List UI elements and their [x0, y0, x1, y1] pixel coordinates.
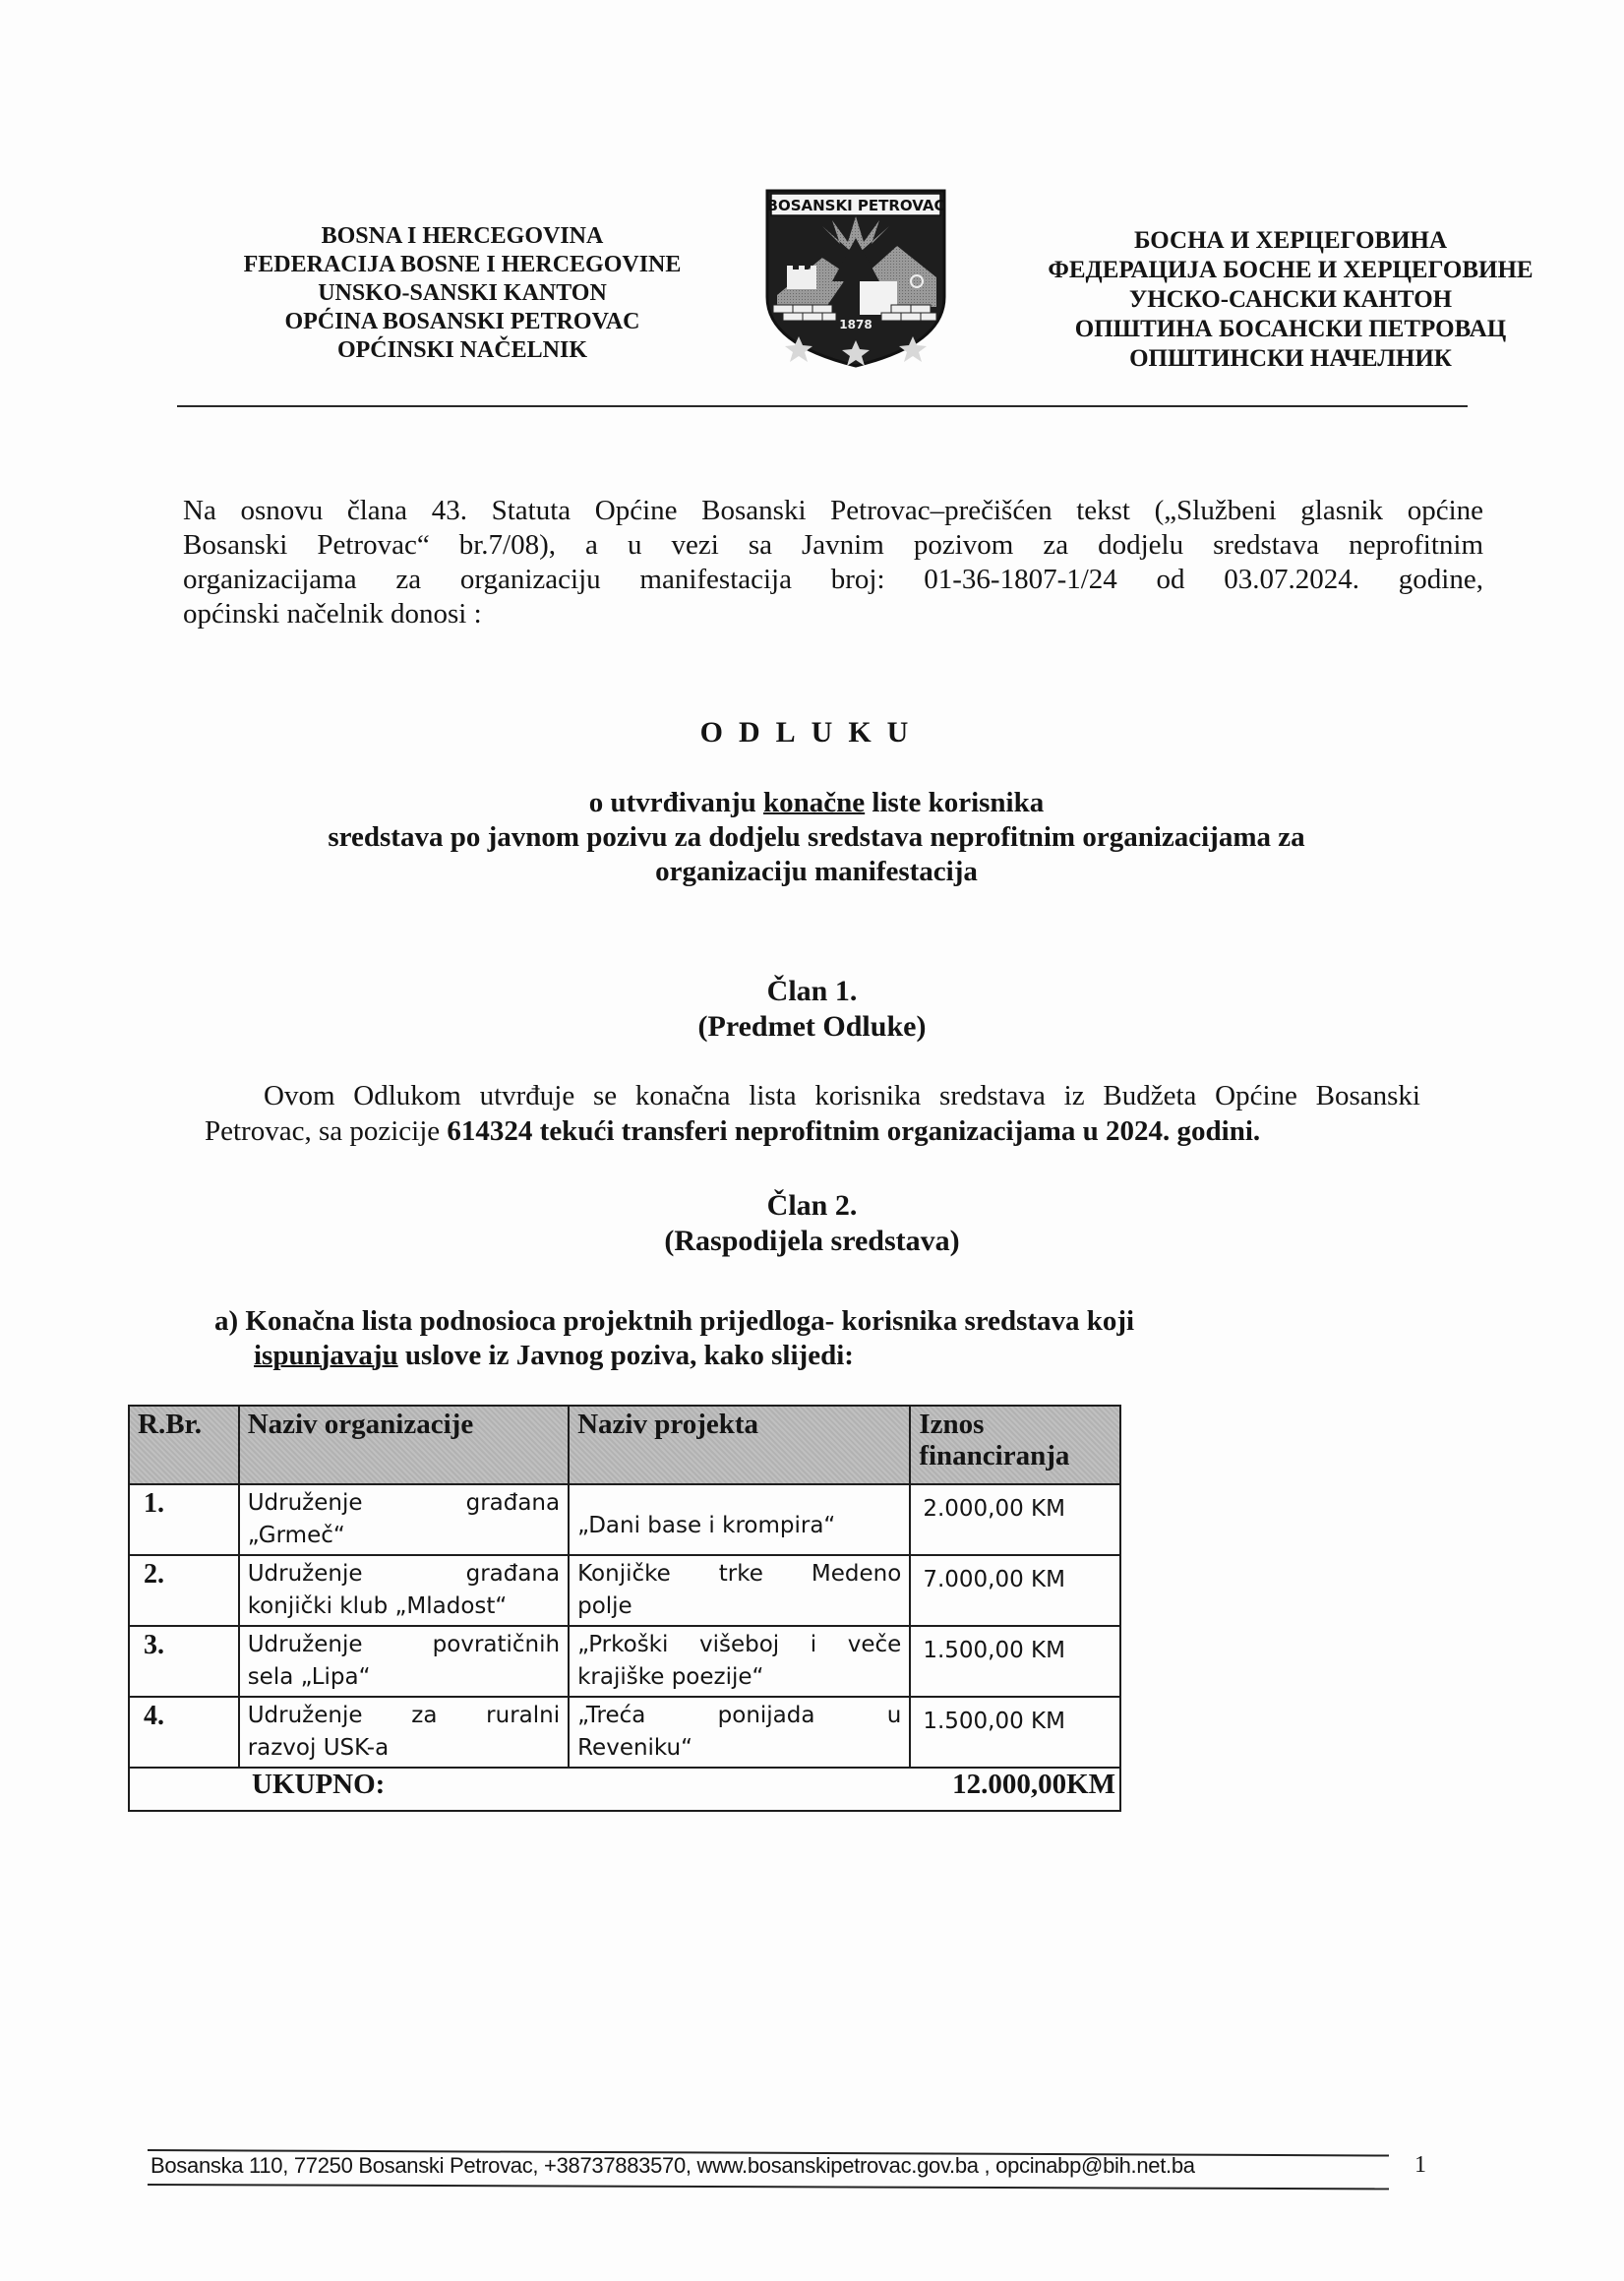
header-line: ОПШТИНСКИ НАЧЕЛНИК — [1015, 344, 1566, 374]
intro-line: Bosanski Petrovac“ br.7/08), a u vezi sa… — [183, 528, 1483, 563]
cell-organization: Udruženje povratičnih sela „Lipa“ — [239, 1626, 569, 1697]
table-row: 2. Udruženje građana konjički klub „Mlad… — [129, 1555, 1120, 1626]
list-item-a-text: uslove iz Javnog poziva, kako slijedi: — [398, 1340, 854, 1371]
cell-rbr: 4. — [129, 1697, 239, 1768]
subtitle-text: liste korisnika — [865, 787, 1044, 818]
cell-rbr: 1. — [129, 1484, 239, 1555]
intro-line: općinski načelnik donosi : — [183, 597, 1483, 631]
footer-divider — [148, 2184, 1389, 2190]
header-line: БОСНА И ХЕРЦЕГОВИНА — [1015, 226, 1566, 256]
header-line: UNSKO-SANSKI KANTON — [207, 279, 718, 308]
cell-amount: 1.500,00 KM — [910, 1626, 1120, 1697]
header-cyrillic: БОСНА И ХЕРЦЕГОВИНА ФЕДЕРАЦИЈА БОСНЕ И Х… — [1015, 226, 1566, 374]
column-header-amount: Iznos financiranja — [910, 1406, 1120, 1484]
header-amount-line: Iznos — [919, 1409, 1112, 1440]
header-line: OPĆINSKI NAČELNIK — [207, 336, 718, 365]
cell-line: konjički klub „Mladost“ — [248, 1591, 560, 1623]
table-row: 4. Udruženje za ruralni razvoj USK-a „Tr… — [129, 1697, 1120, 1768]
header-amount-line: financiranja — [919, 1440, 1112, 1471]
cell-line: Udruženje za ruralni — [248, 1700, 560, 1732]
document-page: BOSNA I HERCEGOVINA FEDERACIJA BOSNE I H… — [0, 0, 1624, 2281]
cell-amount: 2.000,00 KM — [910, 1484, 1120, 1555]
list-item-a-line: a) Konačna lista podnosioca projektnih p… — [214, 1304, 1277, 1339]
subtitle-text: o utvrđivanju — [589, 787, 763, 818]
cell-amount: 7.000,00 KM — [910, 1555, 1120, 1626]
cell-project: „Treća ponijada u Reveniku“ — [569, 1697, 910, 1768]
table-total-row: UKUPNO: 12.000,00KM — [129, 1768, 1120, 1811]
cell-line: Konjičke trke Medeno — [577, 1558, 901, 1591]
article-2-heading: Član 2. (Raspodijela sredstava) — [0, 1188, 1624, 1259]
cell-line: „Prkoški višeboj i veče — [577, 1629, 901, 1661]
header-line: ФЕДЕРАЦИЈА БОСНЕ И ХЕРЦЕГОВИНЕ — [1015, 256, 1566, 285]
article-1-text: Petrovac, sa pozicije — [205, 1115, 447, 1147]
cell-line: Reveniku“ — [577, 1732, 901, 1765]
cell-line: „Treća ponijada u — [577, 1700, 901, 1732]
article-title: (Predmet Odluke) — [0, 1009, 1624, 1045]
crest-banner-text: BOSANSKI PETROVAC — [767, 197, 945, 214]
total-label: UKUPNO: — [129, 1768, 910, 1811]
header-divider — [177, 405, 1468, 407]
column-header-rbr: R.Br. — [129, 1406, 239, 1484]
article-1-body: Ovom Odlukom utvrđuje se konačna lista k… — [205, 1078, 1420, 1149]
cell-amount: 1.500,00 KM — [910, 1697, 1120, 1768]
cell-line: razvoj USK-a — [248, 1732, 560, 1765]
cell-rbr: 3. — [129, 1626, 239, 1697]
subtitle-line: sredstava po javnom pozivu za dodjelu sr… — [236, 820, 1397, 855]
page-number: 1 — [1414, 2152, 1426, 2179]
subtitle-underlined: konačne — [763, 787, 865, 818]
cell-line: polje — [577, 1591, 901, 1623]
cell-line: „Dani base i krompira“ — [577, 1513, 835, 1538]
table-row: 3. Udruženje povratičnih sela „Lipa“ „Pr… — [129, 1626, 1120, 1697]
subtitle-line: organizaciju manifestacija — [236, 855, 1397, 889]
header-line: УНСКО-САНСКИ КАНТОН — [1015, 285, 1566, 315]
header-line: ОПШТИНА БОСАНСКИ ПЕТРОВАЦ — [1015, 315, 1566, 344]
header-line: BOSNA I HERCEGOVINA — [207, 222, 718, 251]
list-item-a: a) Konačna lista podnosioca projektnih p… — [214, 1304, 1277, 1373]
cell-line: krajiške poezije“ — [577, 1661, 901, 1694]
intro-line: organizacijama za organizaciju manifesta… — [183, 563, 1483, 597]
intro-paragraph: Na osnovu člana 43. Statuta Općine Bosan… — [183, 494, 1483, 631]
article-1-line: Ovom Odlukom utvrđuje se konačna lista k… — [205, 1078, 1420, 1113]
article-number: Član 1. — [0, 974, 1624, 1009]
intro-line: Na osnovu člana 43. Statuta Općine Bosan… — [183, 494, 1483, 528]
cell-project: „Prkoški višeboj i veče krajiške poezije… — [569, 1626, 910, 1697]
table-row: 1. Udruženje građana „Grmeč“ „Dani base … — [129, 1484, 1120, 1555]
table-header-row: R.Br. Naziv organizacije Naziv projekta … — [129, 1406, 1120, 1484]
cell-project: „Dani base i krompira“ — [569, 1484, 910, 1555]
cell-organization: Udruženje za ruralni razvoj USK-a — [239, 1697, 569, 1768]
article-number: Član 2. — [0, 1188, 1624, 1224]
total-value: 12.000,00KM — [910, 1768, 1120, 1811]
beneficiaries-table: R.Br. Naziv organizacije Naziv projekta … — [128, 1405, 1121, 1812]
cell-project: Konjičke trke Medeno polje — [569, 1555, 910, 1626]
column-header-organization: Naziv organizacije — [239, 1406, 569, 1484]
header-line: FEDERACIJA BOSNE I HERCEGOVINE — [207, 251, 718, 279]
cell-rbr: 2. — [129, 1555, 239, 1626]
article-title: (Raspodijela sredstava) — [0, 1224, 1624, 1259]
article-1-bold-text: 614324 tekući transferi neprofitnim orga… — [447, 1115, 1260, 1147]
municipal-coat-of-arms-icon: BOSANSKI PETROVAC 1878 — [763, 187, 948, 370]
header-latin: BOSNA I HERCEGOVINA FEDERACIJA BOSNE I H… — [207, 222, 718, 365]
cell-line: sela „Lipa“ — [248, 1661, 560, 1694]
header-line: OPĆINA BOSANSKI PETROVAC — [207, 308, 718, 336]
column-header-project: Naziv projekta — [569, 1406, 910, 1484]
decision-subtitle: o utvrđivanju konačne liste korisnika sr… — [236, 786, 1397, 889]
cell-line: Udruženje povratičnih — [248, 1629, 560, 1661]
cell-organization: Udruženje građana konjički klub „Mladost… — [239, 1555, 569, 1626]
cell-line: Udruženje građana — [248, 1558, 560, 1591]
cell-line: Udruženje građana — [248, 1487, 560, 1520]
list-item-a-underlined: ispunjavaju — [254, 1340, 398, 1371]
cell-line: „Grmeč“ — [248, 1520, 560, 1552]
article-1-heading: Član 1. (Predmet Odluke) — [0, 974, 1624, 1045]
cell-organization: Udruženje građana „Grmeč“ — [239, 1484, 569, 1555]
footer-contact: Bosanska 110, 77250 Bosanski Petrovac, +… — [150, 2152, 1195, 2180]
decision-title: ODLUKU — [0, 716, 1624, 750]
crest-year: 1878 — [839, 318, 872, 331]
